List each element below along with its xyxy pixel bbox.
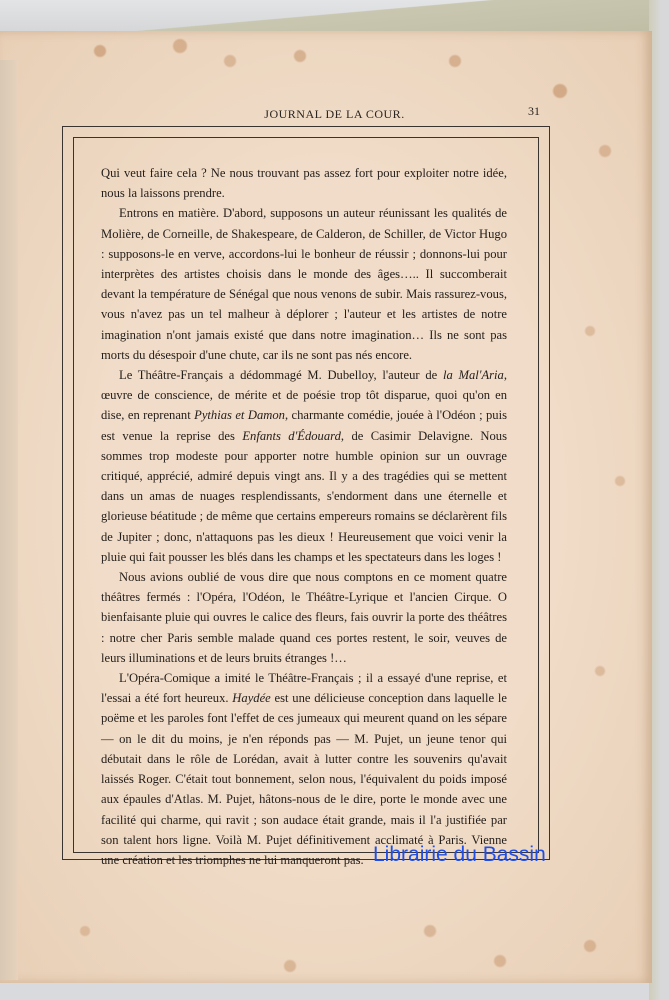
paragraph: Le Théâtre-Français a dédommagé M. Dubel…	[101, 365, 507, 567]
text-run: Le Théâtre-Français a dédommagé M. Dubel…	[119, 368, 443, 382]
paragraph: Qui veut faire cela ? Ne nous trouvant p…	[101, 163, 507, 203]
text-run: est une délicieuse conception dans laque…	[101, 691, 507, 867]
running-title: JOURNAL DE LA COUR.	[264, 107, 404, 121]
article-body: Qui veut faire cela ? Ne nous trouvant p…	[101, 163, 507, 870]
italic-title: la Mal'Aria	[443, 368, 504, 382]
paragraph: Entrons en matière. D'abord, supposons u…	[101, 203, 507, 365]
left-binding-edge	[0, 60, 18, 980]
text-run: , de Casimir Delavigne. Nous sommes trop…	[101, 429, 507, 564]
paragraph: Nous avions oublié de vous dire que nous…	[101, 567, 507, 668]
page-number: 31	[528, 104, 540, 119]
text-run: Qui veut faire cela ? Ne nous trouvant p…	[101, 166, 507, 200]
italic-title: Haydée	[232, 691, 270, 705]
watermark: Librairie du Bassin	[373, 843, 546, 867]
text-run: Nous avions oublié de vous dire que nous…	[101, 570, 507, 665]
italic-title: Enfants d'Édouard	[242, 429, 341, 443]
italic-title: Pythias et Damon	[194, 408, 285, 422]
paragraph: L'Opéra-Comique a imité le Théâtre-Franç…	[101, 668, 507, 870]
text-run: Entrons en matière. D'abord, supposons u…	[101, 206, 507, 361]
running-head: JOURNAL DE LA COUR.	[0, 107, 669, 122]
book-cover-right-edge	[649, 0, 669, 1000]
